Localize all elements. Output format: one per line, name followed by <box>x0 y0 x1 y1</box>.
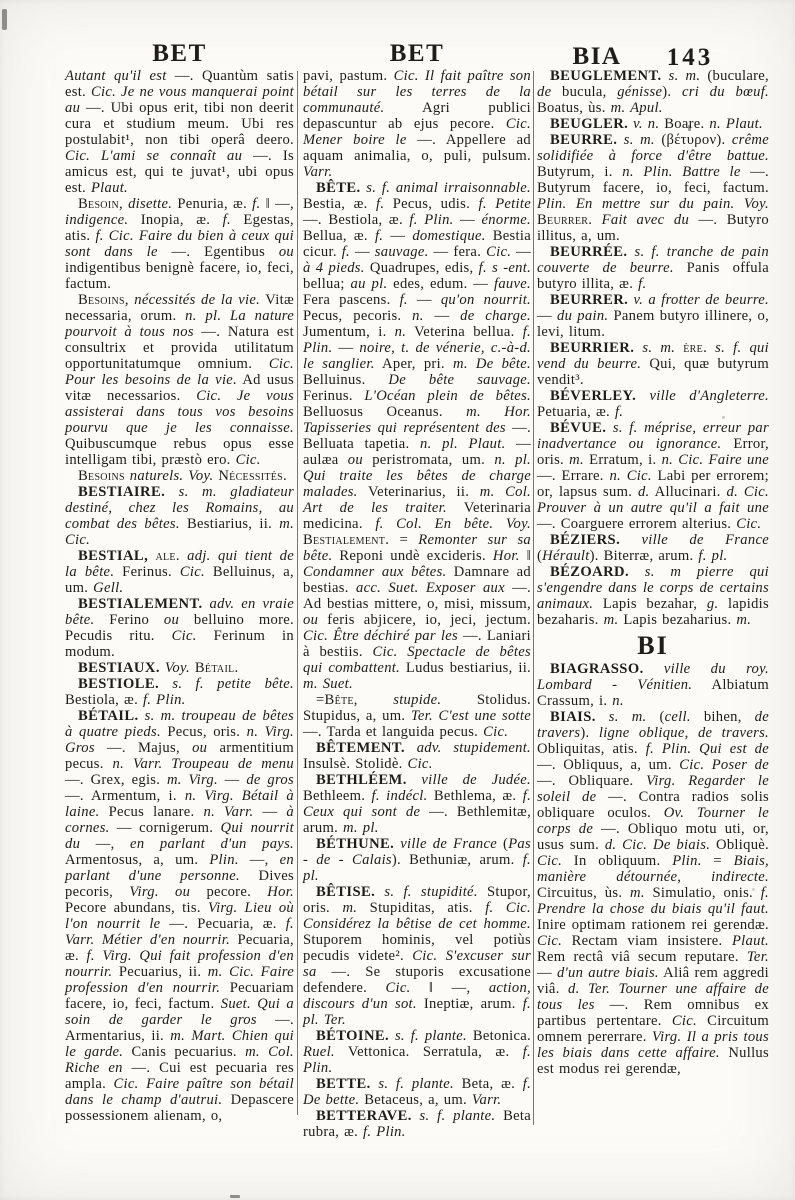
column-divider-rule <box>533 71 534 1125</box>
dictionary-entry: BEUGLEMENT. s. m. (buculare, de bucula, … <box>537 68 769 116</box>
dictionary-entry: Autant qu'il est —. Quantùm satis est. C… <box>65 68 294 196</box>
dictionary-entry: BESTIALEMENT. adv. en vraie bête. Ferino… <box>65 596 294 660</box>
dictionary-entry: BEUGLER. v. n. Boare. n. Plaut. <box>537 116 769 132</box>
text-column-3: BEUGLEMENT. s. m. (buculare, de bucula, … <box>537 68 769 1077</box>
column-divider-rule <box>297 71 298 1115</box>
scan-artifact <box>230 1195 240 1198</box>
running-head-right: BIA <box>537 43 657 71</box>
dictionary-entry: BÉVERLEY. ville d'Angleterre. Petuaria, … <box>537 388 769 420</box>
dictionary-page: BET BET BIA 143 Autant qu'il est —. Quan… <box>0 0 795 1200</box>
dictionary-entry: BESTIOLE. s. f. petite bête. Bestiola, æ… <box>65 676 294 708</box>
dictionary-entry: BÉVUE. s. f. méprise, erreur par inadver… <box>537 420 769 532</box>
dictionary-entry: BESTIAUX. Voy. Bétail. <box>65 660 294 676</box>
dictionary-entry: BEURRER. v. a frotter de beurre. — du pa… <box>537 292 769 340</box>
section-heading: BI <box>537 638 769 654</box>
dictionary-entry: BETHLÉEM. ville de Judée. Bethleem. f. i… <box>303 772 531 836</box>
text-column-1: Autant qu'il est —. Quantùm satis est. C… <box>65 68 294 1124</box>
dictionary-entry: BEURRÉE. s. f. tranche de pain couverte … <box>537 244 769 292</box>
scan-artifact <box>752 888 755 891</box>
dictionary-entry: BÉTHUNE. ville de France (Pas - de - Cal… <box>303 836 531 884</box>
dictionary-entry: Besoins naturels. Voy. Nécessités. <box>65 468 294 484</box>
text-column-2: pavi, pastum. Cic. Il fait paître son bé… <box>303 68 531 1140</box>
running-head-center: BET <box>303 40 531 68</box>
dictionary-entry: BÉTOINE. s. f. plante. Betonica. Ruel. V… <box>303 1028 531 1076</box>
dictionary-entry: BÊTE. s. f. animal irraisonnable. Bestia… <box>303 180 531 692</box>
dictionary-entry: Besoin, disette. Penuria, æ. f. ‖ —, ind… <box>65 196 294 292</box>
dictionary-entry: BÉZIERS. ville de France (Hérault). Bite… <box>537 532 769 564</box>
scan-artifact <box>722 416 725 419</box>
dictionary-entry: Besoins, nécessités de la vie. Vitæ nece… <box>65 292 294 468</box>
dictionary-entry: BESTIAIRE. s. m. gladiateur destiné, che… <box>65 484 294 548</box>
scan-artifact <box>2 9 7 30</box>
dictionary-entry: BÊTEMENT. adv. stupidement. Insulsè. Sto… <box>303 740 531 772</box>
dictionary-entry: BEURRE. s. m. (βέτυρον). crême solidifié… <box>537 132 769 244</box>
dictionary-entry: BÉTAIL. s. m. troupeau de bêtes à quatre… <box>65 708 294 1124</box>
dictionary-entry: BIAGRASSO. ville du roy. Lombard - Vénit… <box>537 661 769 709</box>
dictionary-entry: BIAIS. s. m. (cell. bihen, de travers). … <box>537 709 769 1077</box>
dictionary-entry: BETTERAVE. s. f. plante. Beta rubra, æ. … <box>303 1108 531 1140</box>
dictionary-entry: BÊTISE. s. f. stupidité. Stupor, oris. m… <box>303 884 531 1028</box>
dictionary-entry: BETTE. s. f. plante. Beta, æ. f. De bett… <box>303 1076 531 1108</box>
scan-artifact <box>688 125 691 131</box>
dictionary-entry: =Bête, stupide. Stolidus. Stupidus, a, u… <box>303 692 531 740</box>
dictionary-entry: BÉZOARD. s. m pierre qui s'engendre dans… <box>537 564 769 628</box>
running-head-left: BET <box>65 40 294 68</box>
dictionary-entry: pavi, pastum. Cic. Il fait paître son bé… <box>303 68 531 180</box>
dictionary-entry: BEURRIER. s. m. ère. s. f. qui vend du b… <box>537 340 769 388</box>
dictionary-entry: BESTIAL, ale. adj. qui tient de la bête.… <box>65 548 294 596</box>
